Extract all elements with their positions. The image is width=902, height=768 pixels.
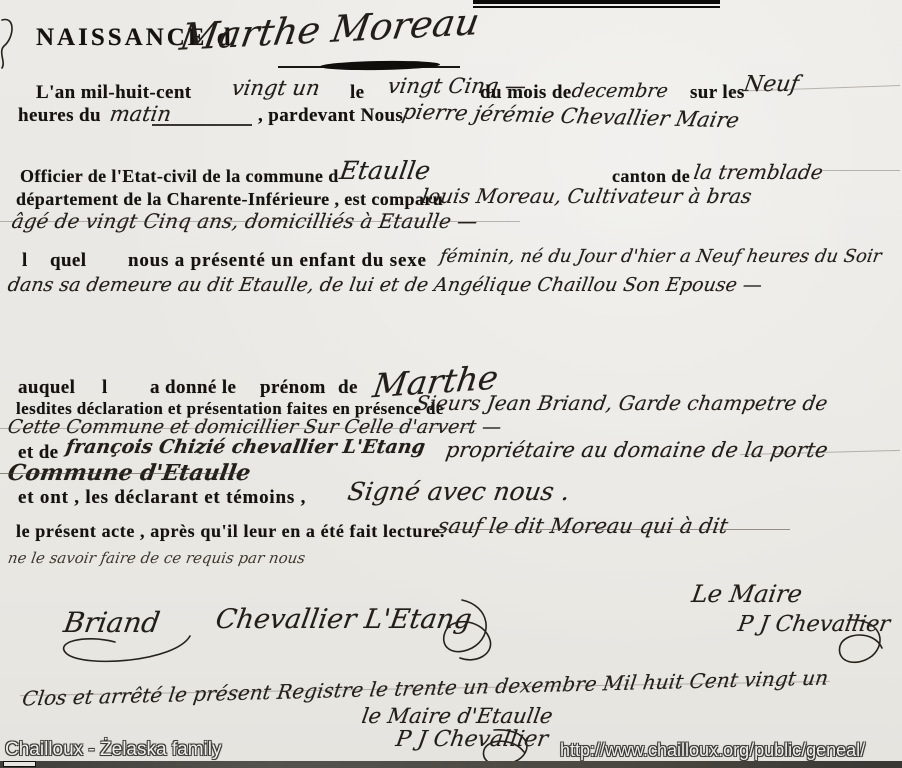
hw-closing-maire: le Maire d'Etaulle <box>360 704 554 728</box>
printed-quel: quel <box>50 250 86 272</box>
printed-etont: et ont , les déclarant et témoins , <box>18 487 306 509</box>
printed-departement: département de la Charente-Inférieure , … <box>16 189 443 210</box>
hw-le-maire: Le Maire <box>690 580 804 608</box>
printed-lecture: le présent acte , après qu'il leur en a … <box>16 521 445 542</box>
signature-pj-paraph <box>828 616 892 670</box>
hw-sexe-naissance: féminin, né du Jour d'hier a Neuf heures… <box>438 246 883 267</box>
register-line <box>0 221 520 222</box>
blank-fill-line <box>152 124 252 126</box>
printed-du-mois: du mois de <box>480 82 572 104</box>
printed-heures: heures du <box>18 105 101 127</box>
printed-pardevant: , pardevant Nous <box>258 105 403 127</box>
hw-temoin2: françois Chizié chevallier L'Etang <box>64 436 426 458</box>
rule-bar <box>473 0 720 4</box>
hw-ne-savoir-signer: ne le savoir faire de ce requis par nous <box>7 549 307 567</box>
printed-de: de <box>338 377 358 399</box>
strike-line <box>0 473 240 474</box>
hw-year: vingt un <box>230 76 322 100</box>
signature-briand-flourish <box>55 632 195 668</box>
printed-presente: nous a présenté un enfant du sexe <box>128 250 427 272</box>
ink-blot <box>320 60 440 71</box>
hw-commune: Etaulle <box>338 156 433 185</box>
hw-daypart: matin <box>108 102 173 126</box>
printed-il: l <box>102 377 108 399</box>
scanned-birth-record: NAISSANCE d Marthe Moreau L'an mil-huit-… <box>0 0 902 768</box>
hw-hour: Neuf <box>742 72 801 97</box>
watermark-url: http://www.chailloux.org/public/geneal/ <box>560 740 865 761</box>
strike-line <box>430 529 790 530</box>
hw-sauf-moreau: sauf le dit Moreau qui à dit <box>436 514 730 538</box>
printed-l: l <box>22 250 28 272</box>
signature-letang-paraph <box>432 596 502 666</box>
hw-month: decembre <box>570 80 669 102</box>
hw-signe-avec-nous: Signé avec nous . <box>346 477 572 506</box>
register-line <box>820 170 900 171</box>
hw-officer-name: pierre jérémie Chevallier Maire <box>400 100 741 133</box>
printed-officier: Officier de l'Etat-civil de la commune d <box>20 166 339 187</box>
top-double-rule <box>473 0 720 9</box>
rule-bar <box>473 6 720 8</box>
printed-adonne: a donné le <box>150 377 236 399</box>
printed-le: le <box>350 82 365 104</box>
printed-sur-les: sur les <box>690 82 745 104</box>
printed-lan: L'an mil-huit-cent <box>36 82 192 104</box>
scan-edge-highlight <box>3 761 36 767</box>
margin-ink-stroke <box>0 16 20 71</box>
hw-declarant: louis Moreau, Cultivateur à bras <box>420 184 753 208</box>
printed-prenom: prénom <box>260 377 326 399</box>
hw-canton: la tremblade <box>692 160 825 184</box>
hw-demeure-parents: dans sa demeure au dit Etaulle, de lui e… <box>6 274 763 296</box>
scan-bottom-edge <box>0 761 902 768</box>
title-handwritten-name: Marthe Moreau <box>177 0 482 58</box>
hw-temoin1: Sieurs Jean Briand, Garde champetre de <box>414 391 829 415</box>
register-line <box>0 428 470 429</box>
hw-temoin1-suite: Cette Commune et domicillier Sur Celle d… <box>6 416 503 438</box>
watermark-family-name: Chailloux - Żelaska family <box>5 739 221 761</box>
hw-temoin2-suite: propriétaire au domaine de la porte <box>444 438 829 462</box>
printed-auquel: auquel <box>18 377 75 399</box>
